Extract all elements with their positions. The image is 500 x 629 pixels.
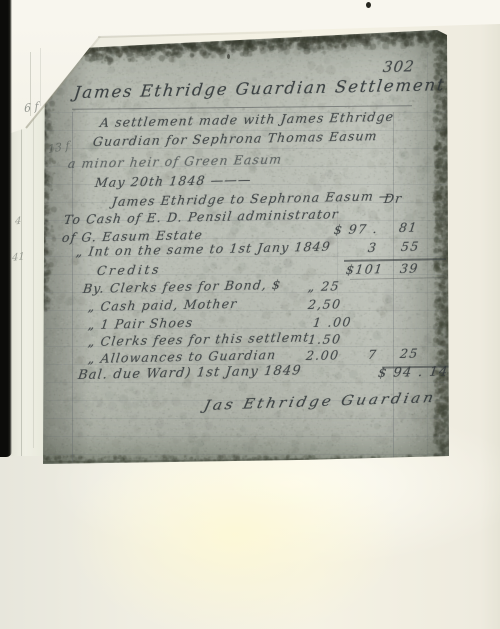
credit-line: „ Cash paid, Mother bbox=[87, 296, 238, 314]
credits-heading: Credits bbox=[96, 262, 162, 278]
photocopy-document: 302 James Ethridge Guardian Settlement A… bbox=[0, 0, 500, 629]
page-number: 302 bbox=[382, 57, 416, 76]
scanner-edge-strip bbox=[0, 0, 12, 457]
page-crease-line bbox=[33, 68, 34, 448]
credit-amount: 1 .00 bbox=[312, 314, 353, 330]
cents-column-rule bbox=[393, 112, 394, 460]
debit-cents: 55 bbox=[400, 239, 421, 254]
debit-total-dollars: $101 bbox=[345, 261, 384, 277]
credit-amount: 2.00 bbox=[305, 347, 340, 363]
debit-total-cents: 39 bbox=[399, 261, 420, 276]
bleed-through-mark: 4 bbox=[15, 216, 22, 228]
bleed-through-line bbox=[40, 48, 41, 106]
credit-amount: „ 25 bbox=[307, 278, 341, 294]
credit-amount: 2,50 bbox=[307, 296, 342, 312]
credit-line: „ 1 Pair Shoes bbox=[87, 315, 194, 332]
balance-amount: $ 94 . 14 bbox=[377, 365, 449, 381]
debit-cents: 81 bbox=[398, 220, 419, 235]
bleed-through-mark: 41 bbox=[12, 251, 25, 263]
scanned-document-page: 4 41 302 James Ethridge Guardian Settlem… bbox=[0, 0, 500, 629]
credit-total-cents: 25 bbox=[399, 346, 420, 361]
credit-total-dollars: 7 bbox=[367, 347, 378, 362]
margin-note: 6 f bbox=[24, 100, 39, 116]
ink-speck bbox=[227, 54, 230, 59]
credit-amount: 1.50 bbox=[307, 331, 342, 347]
debit-dollars: 3 bbox=[367, 240, 378, 255]
debit-dollars: $ 97 . bbox=[333, 221, 379, 237]
debit-abbreviation: Dr bbox=[383, 191, 403, 206]
ink-speck bbox=[366, 2, 371, 8]
